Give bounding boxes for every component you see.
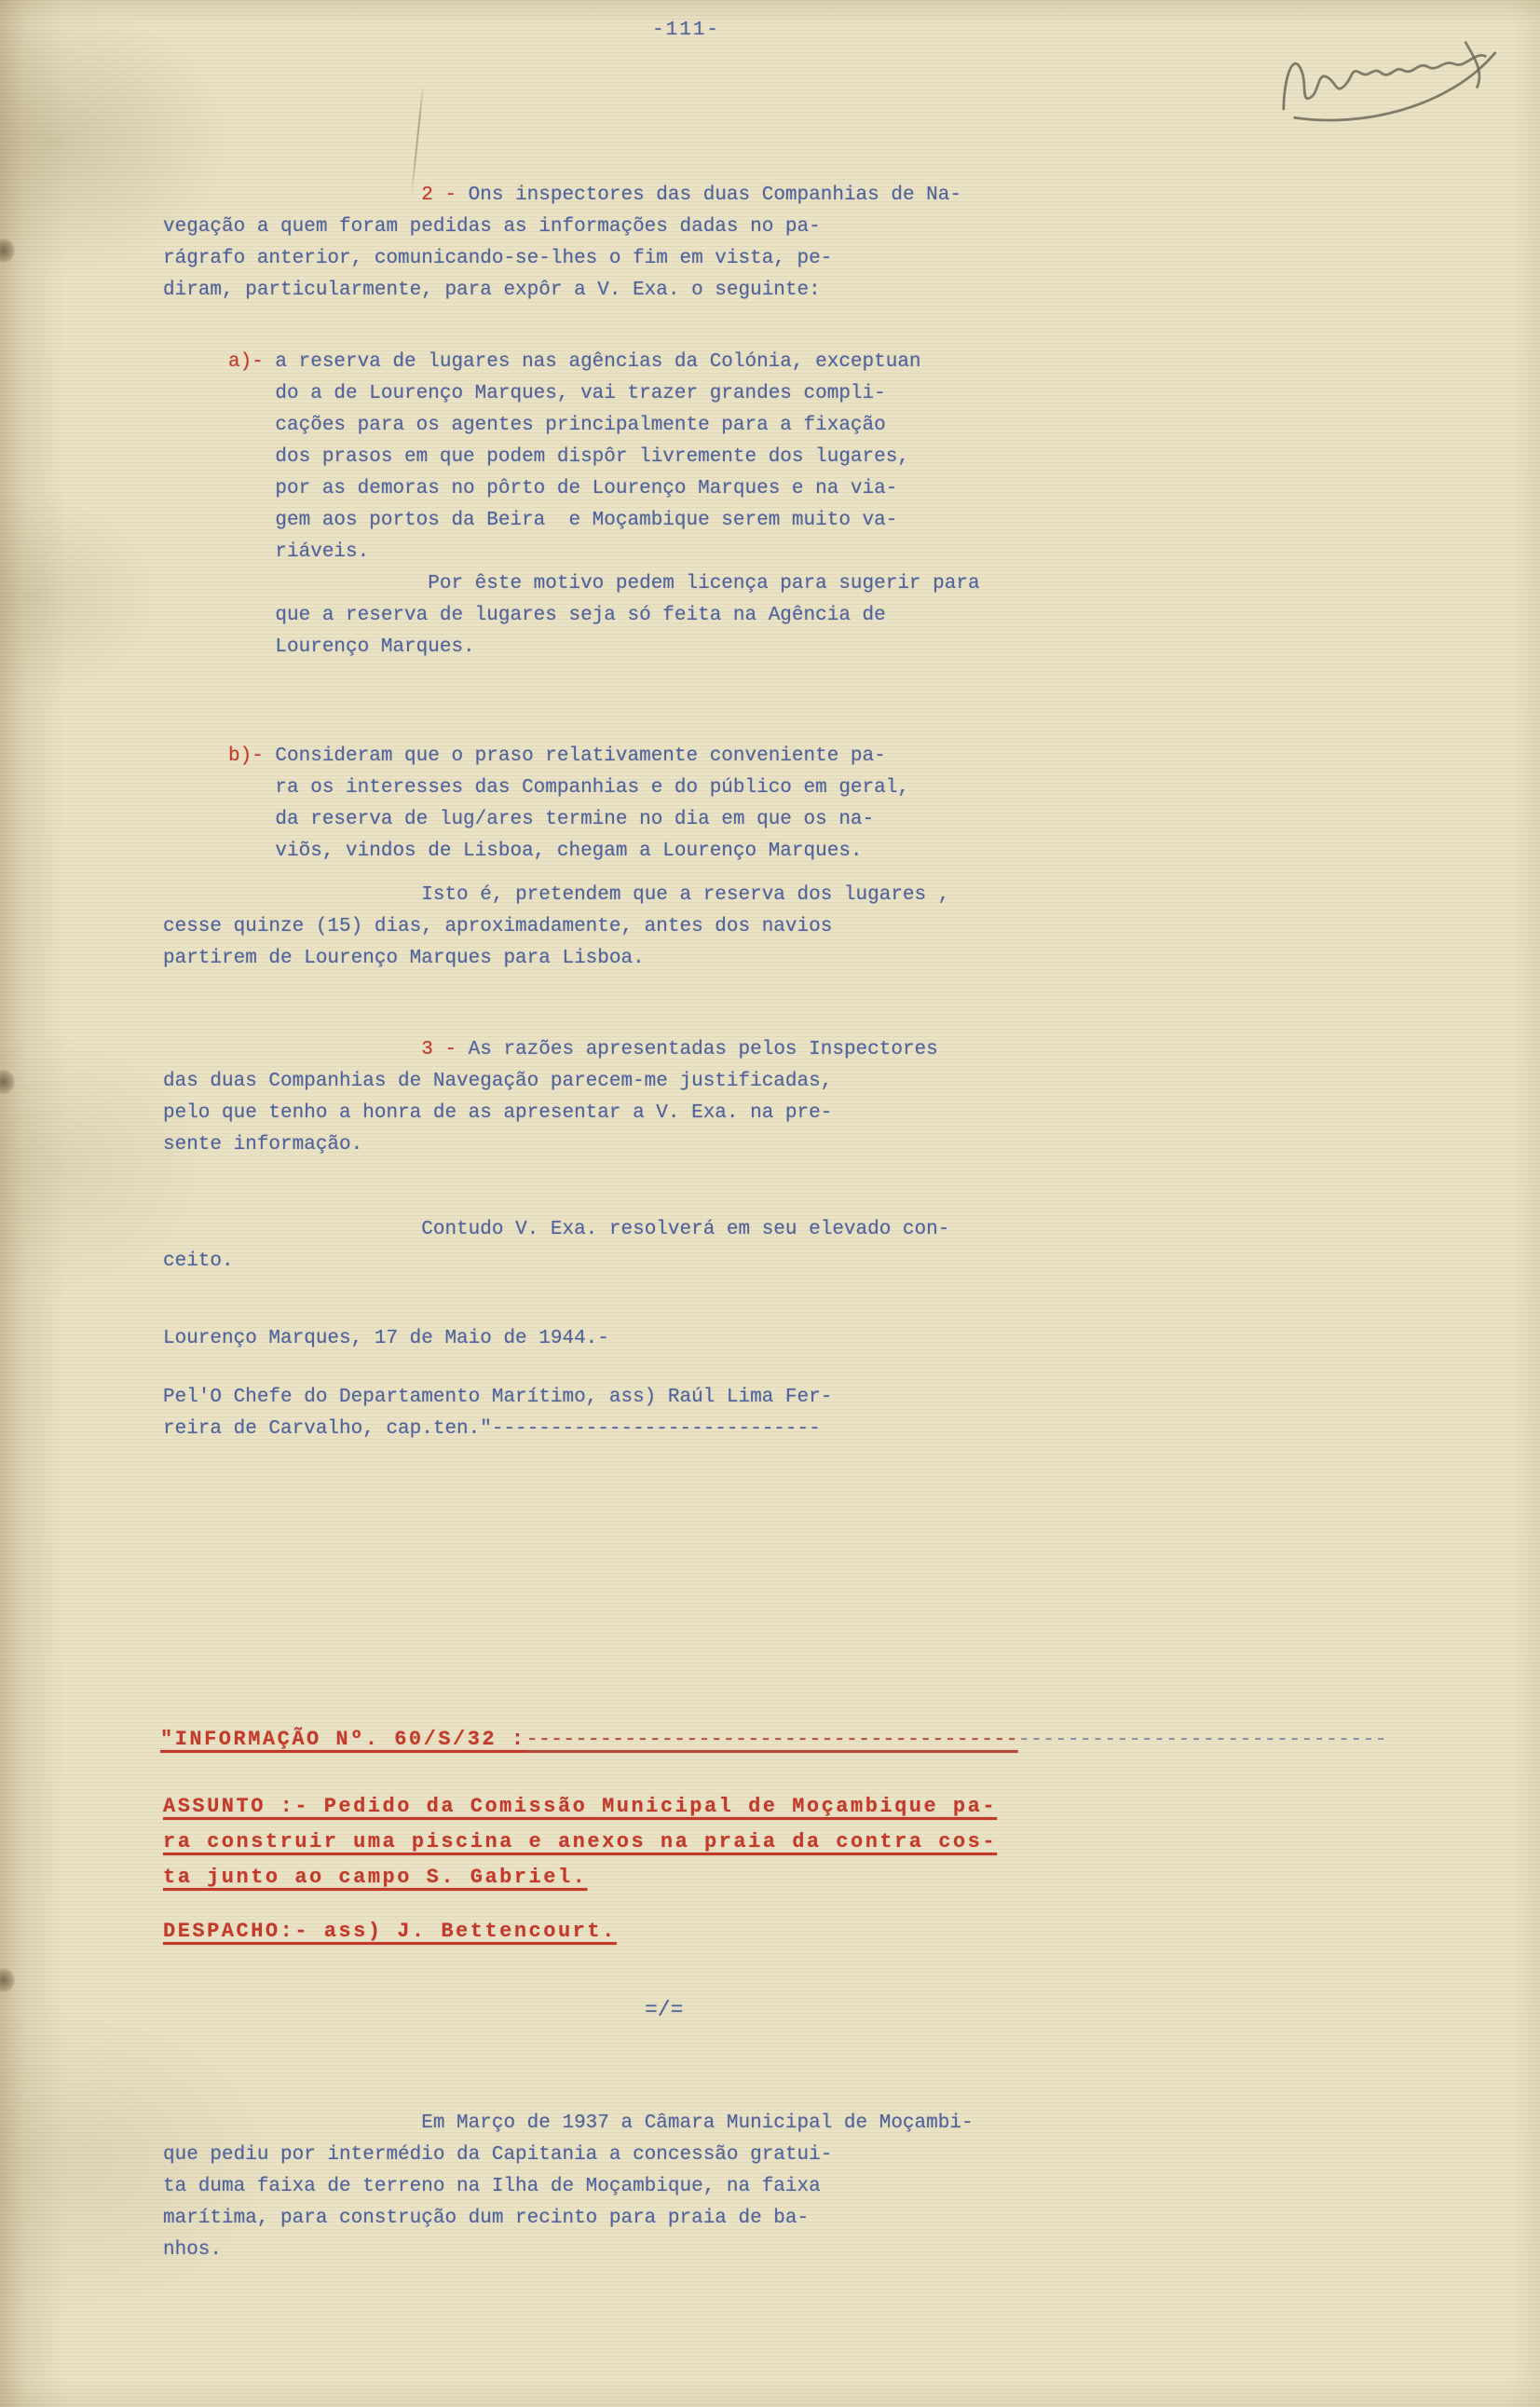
paragraph-final: Em Março de 1937 a Câmara Municipal de M… — [163, 2108, 974, 2266]
paragraph-3-number: 3 - — [421, 1039, 468, 1060]
section-separator-text: =/= — [645, 1998, 683, 2022]
despacho-text: DESPACHO:- ass) J. Bettencourt. — [163, 1920, 617, 1943]
list-item-b-marker: b)- — [228, 745, 275, 767]
paragraph-contudo-text: Contudo V. Exa. resolverá em seu elevado… — [163, 1219, 949, 1272]
paragraph-isto-e: Isto é, pretendem que a reserva dos luga… — [163, 880, 949, 975]
list-item-a-marker: a)- — [228, 351, 275, 373]
paragraph-isto-e-text: Isto é, pretendem que a reserva dos luga… — [163, 884, 949, 969]
date-line: Lourenço Marques, 17 de Maio de 1944.- — [163, 1323, 609, 1355]
paragraph-contudo: Contudo V. Exa. resolverá em seu elevado… — [163, 1214, 949, 1278]
informacao-title: "INFORMAÇÃO Nº. 60/S/32 : — [160, 1728, 526, 1751]
section-separator: =/= — [645, 1994, 683, 2026]
signoff-line-text: Pel'O Chefe do Departamento Marítimo, as… — [163, 1387, 832, 1440]
handwritten-signature — [1270, 18, 1518, 135]
list-item-b: b)- Consideram que o praso relativamente… — [228, 741, 909, 868]
signoff-line: Pel'O Chefe do Departamento Marítimo, as… — [163, 1382, 832, 1445]
page-number: -111- — [652, 15, 720, 47]
punch-hole — [0, 1968, 15, 1992]
paragraph-3-indent — [163, 1039, 421, 1060]
list-item-b-text: Consideram que o praso relativamente con… — [228, 745, 909, 862]
list-item-a-text: a reserva de lugares nas agências da Col… — [228, 351, 980, 658]
paragraph-final-text: Em Março de 1937 a Câmara Municipal de M… — [163, 2113, 974, 2261]
document-page: -111- 2 - Ons inspectores das duas Compa… — [0, 0, 1540, 2407]
assunto-block: ASSUNTO :- Pedido da Comissão Municipal … — [163, 1789, 997, 1895]
informacao-heading: "INFORMAÇÃO Nº. 60/S/32 :---------------… — [160, 1722, 1387, 1757]
paragraph-2-indent — [163, 185, 421, 206]
paragraph-3: 3 - As razões apresentadas pelos Inspect… — [163, 1034, 938, 1161]
paragraph-2: 2 - Ons inspectores das duas Companhias … — [163, 180, 961, 307]
despacho-line: DESPACHO:- ass) J. Bettencourt. — [163, 1914, 617, 1949]
date-line-text: Lourenço Marques, 17 de Maio de 1944.- — [163, 1328, 609, 1349]
list-item-a: a)- a reserva de lugares nas agências da… — [228, 347, 980, 663]
assunto-text: ASSUNTO :- Pedido da Comissão Municipal … — [163, 1795, 997, 1889]
informacao-dashes-gray: ------------------------------ — [1018, 1728, 1387, 1751]
informacao-dashes-red: ---------------------------------------- — [526, 1728, 1018, 1751]
punch-hole — [0, 239, 15, 263]
page-number-text: -111- — [652, 20, 720, 41]
punch-hole — [0, 1070, 15, 1094]
paragraph-2-number: 2 - — [421, 185, 468, 206]
paper-crease — [411, 84, 425, 196]
